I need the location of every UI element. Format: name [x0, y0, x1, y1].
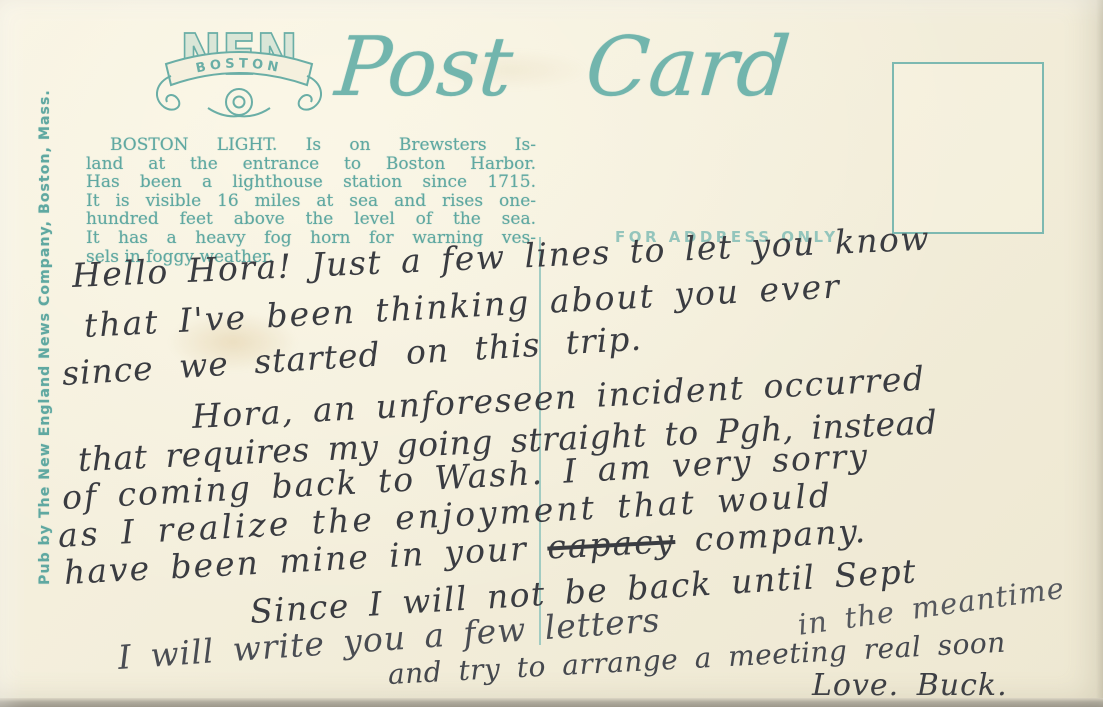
caption-line: BOSTON LIGHT. Is on Brewsters Is- — [86, 136, 536, 155]
caption-line: Has been a lighthouse station since 1715… — [86, 173, 536, 192]
postcard-title-word1: Post — [332, 20, 517, 115]
postcard-title-word2: Card — [582, 20, 794, 115]
caption-line: hundred feet above the level of the sea. — [86, 210, 536, 229]
struck-word: capacy — [546, 521, 676, 567]
publisher-nen-logo-icon: NEN BOSTON — [150, 12, 328, 126]
publisher-credit: Pub by The New England News Company, Bos… — [37, 57, 55, 617]
postcard-title: Post Card — [332, 20, 794, 115]
postcard-back: NEN BOSTON Post Card Pub by The New Engl… — [0, 0, 1103, 707]
caption-line: land at the entrance to Boston Harbor. — [86, 155, 536, 174]
scan-edge — [1096, 0, 1103, 707]
stamp-box — [892, 62, 1044, 234]
caption-line: It is visible 16 miles at sea and rises … — [86, 192, 536, 211]
scan-edge — [0, 698, 1103, 707]
